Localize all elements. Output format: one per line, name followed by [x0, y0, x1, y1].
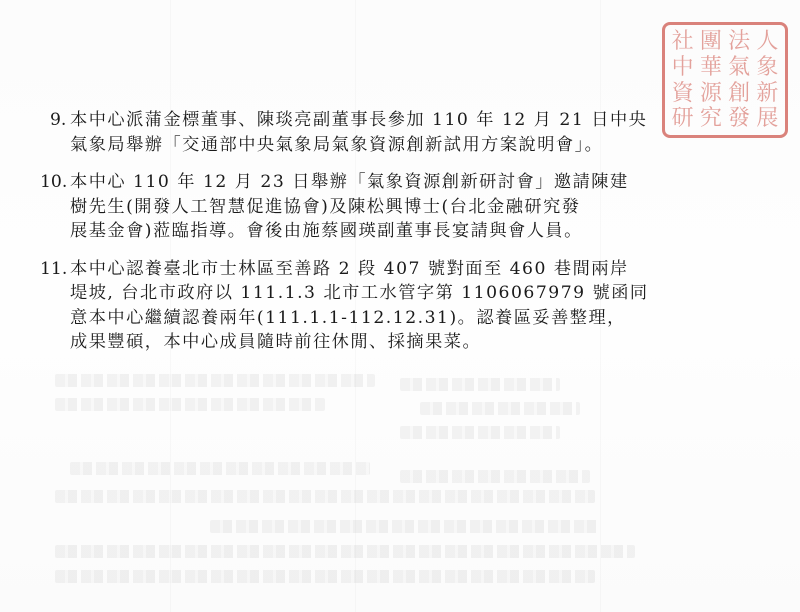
- item-text-line: 本中心派蒲金標董事、陳琰亮副董事長參加 110 年 12 月 21 日中央: [40, 108, 680, 133]
- stamp-character: 團: [697, 29, 724, 54]
- stamp-character: 源: [697, 81, 724, 106]
- bleed-through-text: [400, 426, 560, 439]
- bleed-through-text: [420, 402, 580, 415]
- stamp-character: 社: [669, 29, 696, 54]
- bleed-through-text: [70, 462, 370, 475]
- list-item-10: 10. 本中心 110 年 12 月 23 日舉辦「氣象資源創新研討會」邀請陳建…: [40, 170, 680, 244]
- item-number: 10.: [40, 170, 67, 195]
- stamp-character: 中: [669, 55, 696, 80]
- item-text-line: 本中心認養臺北市士林區至善路 2 段 407 號對面至 460 巷間兩岸: [40, 257, 680, 282]
- item-text-line: 本中心 110 年 12 月 23 日舉辦「氣象資源創新研討會」邀請陳建: [40, 170, 680, 195]
- list-item-11: 11. 本中心認養臺北市士林區至善路 2 段 407 號對面至 460 巷間兩岸…: [40, 257, 680, 355]
- official-seal-stamp: 社 團 法 人 中 華 氣 象 資 源 創 新 研 究 發 展: [662, 22, 788, 138]
- stamp-character: 象: [754, 55, 781, 80]
- bleed-through-text: [400, 378, 560, 391]
- bleed-through-text: [55, 490, 595, 503]
- stamp-character: 發: [726, 106, 753, 131]
- stamp-character: 氣: [726, 55, 753, 80]
- item-text-line: 樹先生(開發人工智慧促進協會)及陳松興博士(台北金融研究發: [40, 195, 680, 220]
- item-text-line: 意本中心繼續認養兩年(111.1.1-112.12.31)。認養區妥善整理，: [40, 306, 680, 331]
- bleed-through-text: [55, 545, 635, 558]
- stamp-character: 展: [754, 106, 781, 131]
- item-text-line: 展基金會)蒞臨指導。會後由施蔡國瑛副董事長宴請與會人員。: [40, 219, 680, 244]
- stamp-character: 創: [726, 81, 753, 106]
- stamp-character: 法: [726, 29, 753, 54]
- bleed-through-text: [210, 520, 600, 533]
- item-text-line: 堤坡, 台北市政府以 111.1.3 北市工水管字第 1106067979 號函…: [40, 281, 680, 306]
- item-text-line: 氣象局舉辦「交通部中央氣象局氣象資源創新試用方案說明會」。: [40, 133, 680, 158]
- bleed-through-text: [55, 374, 375, 387]
- bleed-through-text: [55, 570, 595, 583]
- bleed-through-text: [55, 398, 325, 411]
- bleed-through-text: [400, 470, 590, 483]
- stamp-character: 人: [754, 29, 781, 54]
- stamp-character: 新: [754, 81, 781, 106]
- item-number: 11.: [40, 257, 67, 282]
- stamp-character: 華: [697, 55, 724, 80]
- item-number: 9.: [50, 108, 66, 133]
- list-item-9: 9. 本中心派蒲金標董事、陳琰亮副董事長參加 110 年 12 月 21 日中央…: [40, 108, 680, 157]
- scanned-document-page: 社 團 法 人 中 華 氣 象 資 源 創 新 研 究 發 展 9. 本中心派蒲…: [0, 0, 800, 612]
- item-text-line: 成果豐碩，本中心成員隨時前往休閒、採摘果菜。: [40, 330, 680, 355]
- numbered-item-list: 9. 本中心派蒲金標董事、陳琰亮副董事長參加 110 年 12 月 21 日中央…: [40, 108, 680, 368]
- stamp-character: 資: [669, 81, 696, 106]
- stamp-character: 究: [697, 106, 724, 131]
